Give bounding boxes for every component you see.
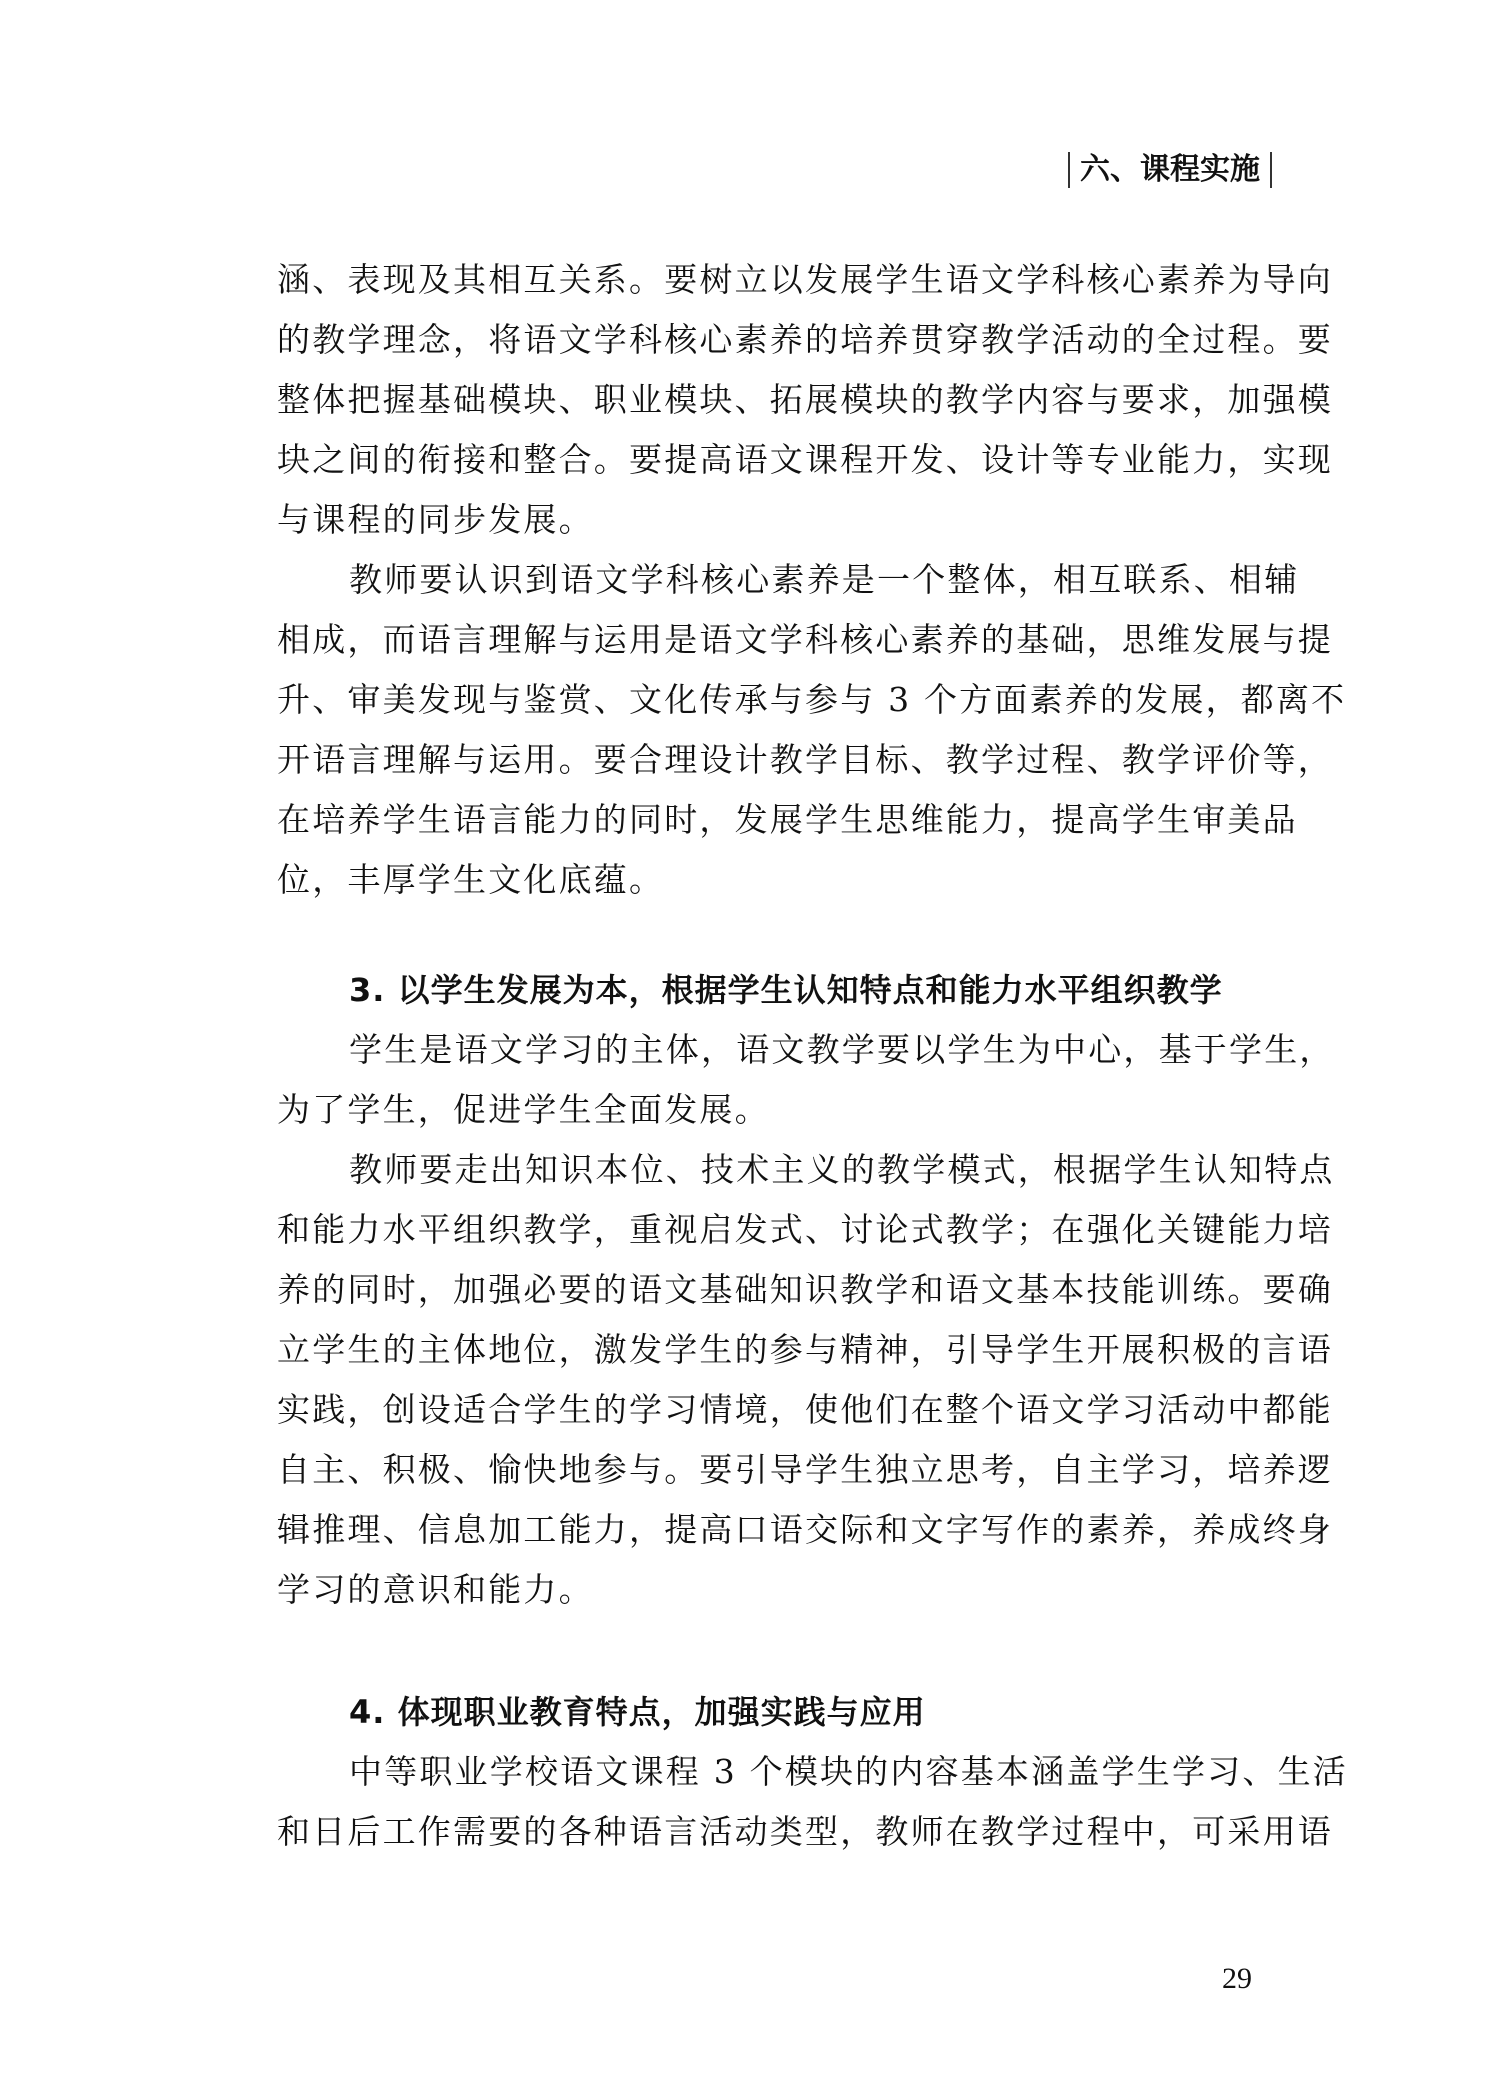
heading-text: 4. 体现职业教育特点，加强实践与应用 [277, 1682, 1255, 1742]
heading-text: 3. 以学生发展为本，根据学生认知特点和能力水平组织教学 [277, 960, 1255, 1020]
text-line: 与课程的同步发展。 [277, 490, 1255, 550]
text-line: 教师要走出知识本位、技术主义的教学模式，根据学生认知特点 [277, 1140, 1255, 1200]
text-line: 和能力水平组织教学，重视启发式、讨论式教学；在强化关键能力培 [277, 1200, 1255, 1260]
section-heading-4: 4. 体现职业教育特点，加强实践与应用 [277, 1682, 1255, 1742]
section-heading-3: 3. 以学生发展为本，根据学生认知特点和能力水平组织教学 [277, 960, 1255, 1020]
header-right-rule [1270, 152, 1272, 188]
paragraph-3: 学生是语文学习的主体，语文教学要以学生为中心，基于学生， 为了学生，促进学生全面… [277, 1020, 1255, 1140]
paragraph-1: 涵、表现及其相互关系。要树立以发展学生语文学科核心素养为导向 的教学理念，将语文… [277, 250, 1255, 550]
text-line: 和日后工作需要的各种语言活动类型，教师在教学过程中，可采用语 [277, 1802, 1255, 1862]
text-line: 相成，而语言理解与运用是语文学科核心素养的基础，思维发展与提 [277, 610, 1255, 670]
text-line: 学习的意识和能力。 [277, 1560, 1255, 1620]
text-line: 涵、表现及其相互关系。要树立以发展学生语文学科核心素养为导向 [277, 250, 1255, 310]
text-line: 整体把握基础模块、职业模块、拓展模块的教学内容与要求，加强模 [277, 370, 1255, 430]
paragraph-4: 教师要走出知识本位、技术主义的教学模式，根据学生认知特点 和能力水平组织教学，重… [277, 1140, 1255, 1620]
text-line: 自主、积极、愉快地参与。要引导学生独立思考，自主学习，培养逻 [277, 1440, 1255, 1500]
text-line: 立学生的主体地位，激发学生的参与精神，引导学生开展积极的言语 [277, 1320, 1255, 1380]
text-line: 块之间的衔接和整合。要提高语文课程开发、设计等专业能力，实现 [277, 430, 1255, 490]
text-line: 的教学理念，将语文学科核心素养的培养贯穿教学活动的全过程。要 [277, 310, 1255, 370]
running-header: 六、课程实施 [1068, 152, 1272, 188]
text-line: 中等职业学校语文课程 3 个模块的内容基本涵盖学生学习、生活 [277, 1742, 1255, 1802]
text-line: 养的同时，加强必要的语文基础知识教学和语文基本技能训练。要确 [277, 1260, 1255, 1320]
text-line: 实践，创设适合学生的学习情境，使他们在整个语文学习活动中都能 [277, 1380, 1255, 1440]
paragraph-5: 中等职业学校语文课程 3 个模块的内容基本涵盖学生学习、生活 和日后工作需要的各… [277, 1742, 1255, 1862]
text-line: 学生是语文学习的主体，语文教学要以学生为中心，基于学生， [277, 1020, 1255, 1080]
page-number: 29 [1222, 1962, 1252, 1996]
chapter-title: 六、课程实施 [1080, 152, 1260, 188]
text-line: 教师要认识到语文学科核心素养是一个整体，相互联系、相辅 [277, 550, 1255, 610]
text-line: 辑推理、信息加工能力，提高口语交际和文字写作的素养，养成终身 [277, 1500, 1255, 1560]
text-line: 为了学生，促进学生全面发展。 [277, 1080, 1255, 1140]
text-line: 升、审美发现与鉴赏、文化传承与参与 3 个方面素养的发展，都离不 [277, 670, 1255, 730]
paragraph-2: 教师要认识到语文学科核心素养是一个整体，相互联系、相辅 相成，而语言理解与运用是… [277, 550, 1255, 910]
text-line: 在培养学生语言能力的同时，发展学生思维能力，提高学生审美品 [277, 790, 1255, 850]
text-line: 开语言理解与运用。要合理设计教学目标、教学过程、教学评价等， [277, 730, 1255, 790]
header-left-rule [1068, 152, 1070, 188]
text-line: 位，丰厚学生文化底蕴。 [277, 850, 1255, 910]
